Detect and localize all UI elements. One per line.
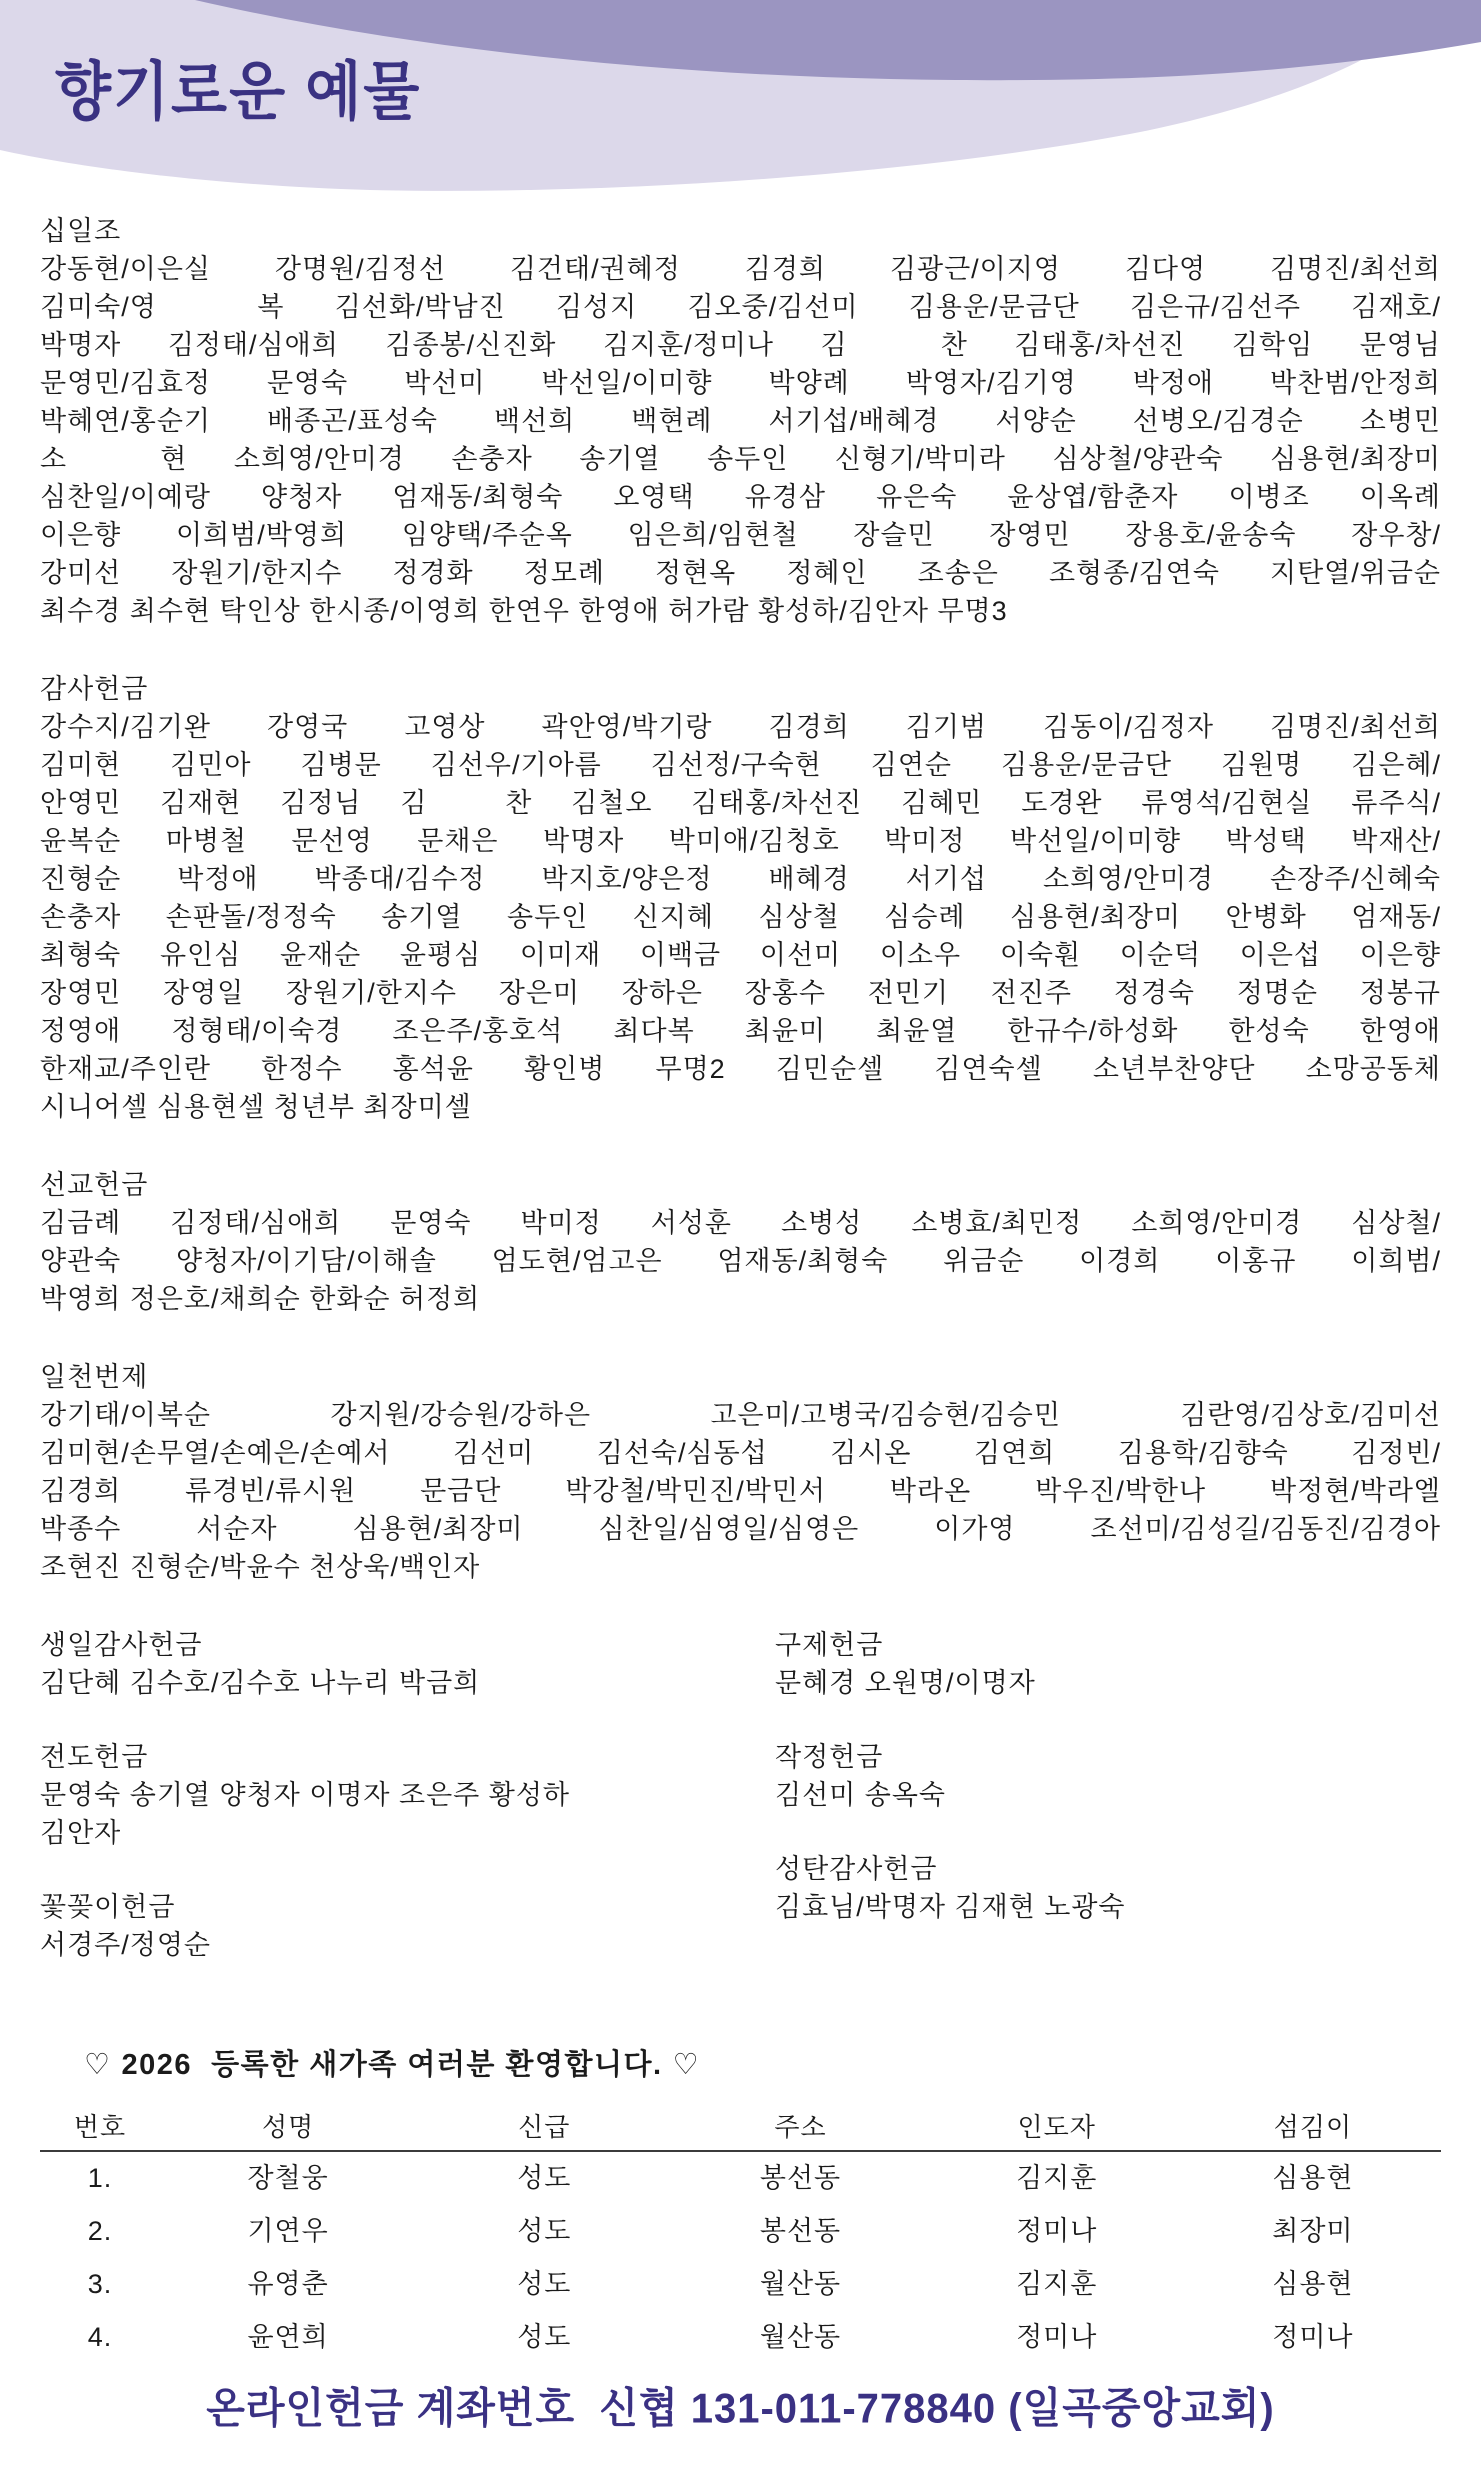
table-cell: 1.	[40, 2152, 160, 2205]
name-lines: 서경주/정영순	[40, 1926, 775, 1964]
name-line: 강동현/이은실 강명원/김정선 김건태/권혜정 김경희 김광근/이지영 김다영 …	[40, 250, 1441, 288]
name-line: 김금례 김정태/심애희 문영숙 박미정 서성훈 소병성 소병효/최민정 소희영/…	[40, 1204, 1441, 1242]
table-cell: 봉선동	[672, 2152, 928, 2205]
table-body: 1.장철웅성도봉선동김지훈심용현 2.기연우성도봉선동정미나최장미 3.유영춘성…	[40, 2152, 1441, 2364]
name-line: 안영민 김재현 김정님 김 찬 김철오 김태홍/차선진 김혜민 도경완 류영석/…	[40, 784, 1441, 822]
name-line: 한재교/주인란 한정수 홍석윤 황인병 무명2 김민순셀 김연숙셀 소년부찬양단…	[40, 1050, 1441, 1088]
name-line: 박명자 김정태/심애희 김종봉/신진화 김지훈/정미나 김 찬 김태홍/차선진 …	[40, 326, 1441, 364]
name-line: 박혜연/홍순기 배종곤/표성숙 백선희 백현례 서기섭/배혜경 서양순 선병오/…	[40, 402, 1441, 440]
section-title: 작정헌금	[775, 1738, 1441, 1776]
table-row: 4.윤연희성도월산동정미나정미나	[40, 2311, 1441, 2364]
name-line: 최수경 최수현 탁인상 한시종/이영희 한연우 한영애 허가람 황성하/김안자 …	[40, 592, 1441, 630]
offering-section: 감사헌금 강수지/김기완 강영국 고영상 곽안영/박기랑 김경희 김기범 김동이…	[40, 670, 1441, 1126]
name-line: 김경희 류경빈/류시원 문금단 박강철/박민진/박민서 박라온 박우진/박한나 …	[40, 1472, 1441, 1510]
two-column-offerings: 생일감사헌금 김단혜 김수호/김수호 나누리 박금희 전도헌금 문영숙 송기열 …	[40, 1626, 1441, 2000]
newcomers-table: 번호성명신급주소인도자섬김이 1.장철웅성도봉선동김지훈심용현 2.기연우성도봉…	[40, 2104, 1441, 2364]
section-title: 감사헌금	[40, 670, 1441, 708]
table-cell: 김지훈	[929, 2152, 1185, 2205]
name-line: 김미현 김민아 김병문 김선우/기아름 김선정/구숙현 김연순 김용운/문금단 …	[40, 746, 1441, 784]
offering-section: 십일조 강동현/이은실 강명원/김정선 김건태/권혜정 김경희 김광근/이지영 …	[40, 212, 1441, 630]
table-cell: 기연우	[160, 2205, 416, 2258]
name-lines: 강기태/이복순 강지원/강승원/강하은 고은미/고병국/김승현/김승민 김란영/…	[40, 1396, 1441, 1586]
section-title: 십일조	[40, 212, 1441, 250]
table-header-cell: 신급	[416, 2104, 672, 2152]
table-row: 2.기연우성도봉선동정미나최장미	[40, 2205, 1441, 2258]
offering-section: 일천번제 강기태/이복순 강지원/강승원/강하은 고은미/고병국/김승현/김승민…	[40, 1358, 1441, 1586]
name-line: 김선미 송옥숙	[775, 1776, 1441, 1814]
table-cell: 봉선동	[672, 2205, 928, 2258]
table-header-cell: 섬김이	[1185, 2104, 1441, 2152]
name-line: 손충자 손판돌/정정숙 송기열 송두인 신지혜 심상철 심승례 심용현/최장미 …	[40, 898, 1441, 936]
table-header-cell: 인도자	[929, 2104, 1185, 2152]
name-line: 윤복순 마병철 문선영 문채은 박명자 박미애/김청호 박미정 박선일/이미향 …	[40, 822, 1441, 860]
section-title: 꽃꽂이헌금	[40, 1888, 775, 1926]
name-line: 시니어셀 심용현셀 청년부 최장미셀	[40, 1088, 1441, 1126]
name-line: 소 현 소희영/안미경 손충자 송기열 송두인 신형기/박미라 심상철/양관숙 …	[40, 440, 1441, 478]
newcomers-section: ♡2026 등록한 새가족 여러분 환영합니다.♡ 번호성명신급주소인도자섬김이…	[40, 2046, 1441, 2364]
section-title: 선교헌금	[40, 1166, 1441, 1204]
table-cell: 성도	[416, 2152, 672, 2205]
name-line: 문영숙 송기열 양청자 이명자 조은주 황성하	[40, 1776, 775, 1814]
header-banner: 향기로운 예물	[0, 0, 1481, 212]
offering-section: 구제헌금 문혜경 오원명/이명자	[775, 1626, 1441, 1702]
section-title: 전도헌금	[40, 1738, 775, 1776]
name-line: 이은향 이희범/박영희 임양택/주순옥 임은희/임현철 장슬민 장영민 장용호/…	[40, 516, 1441, 554]
bulletin-content: 십일조 강동현/이은실 강명원/김정선 김건태/권혜정 김경희 김광근/이지영 …	[0, 212, 1481, 2428]
table-cell: 2.	[40, 2205, 160, 2258]
table-cell: 김지훈	[929, 2258, 1185, 2311]
table-cell: 성도	[416, 2205, 672, 2258]
offering-section: 작정헌금 김선미 송옥숙	[775, 1738, 1441, 1814]
table-cell: 월산동	[672, 2258, 928, 2311]
offering-section: 전도헌금 문영숙 송기열 양청자 이명자 조은주 황성하김안자	[40, 1738, 775, 1852]
heart-icon: ♡	[74, 2049, 122, 2081]
table-header-row: 번호성명신급주소인도자섬김이	[40, 2104, 1441, 2152]
name-line: 양관숙 양청자/이기담/이해솔 엄도현/엄고은 엄재동/최형숙 위금순 이경희 …	[40, 1242, 1441, 1280]
section-title: 구제헌금	[775, 1626, 1441, 1664]
offering-section: 선교헌금 김금례 김정태/심애희 문영숙 박미정 서성훈 소병성 소병효/최민정…	[40, 1166, 1441, 1318]
name-lines: 문혜경 오원명/이명자	[775, 1664, 1441, 1702]
table-header-cell: 성명	[160, 2104, 416, 2152]
offerings-right-column: 구제헌금 문혜경 오원명/이명자 작정헌금 김선미 송옥숙 성탄감사헌금 김효님…	[775, 1626, 1441, 2000]
newcomers-heading-text: 2026 등록한 새가족 여러분 환영합니다.	[122, 2049, 663, 2081]
table-cell: 4.	[40, 2311, 160, 2364]
name-line: 김미숙/영 복 김선화/박남진 김성지 김오중/김선미 김용운/문금단 김은규/…	[40, 288, 1441, 326]
name-line: 서경주/정영순	[40, 1926, 775, 1964]
name-line: 진형순 박정애 박종대/김수정 박지호/양은정 배혜경 서기섭 소희영/안미경 …	[40, 860, 1441, 898]
name-lines: 강수지/김기완 강영국 고영상 곽안영/박기랑 김경희 김기범 김동이/김정자 …	[40, 708, 1441, 1126]
name-line: 강미선 장원기/한지수 정경화 정모례 정현옥 정혜인 조송은 조형종/김연숙 …	[40, 554, 1441, 592]
name-line: 강기태/이복순 강지원/강승원/강하은 고은미/고병국/김승현/김승민 김란영/…	[40, 1396, 1441, 1434]
heart-icon: ♡	[663, 2049, 711, 2081]
section-title: 일천번제	[40, 1358, 1441, 1396]
section-title: 생일감사헌금	[40, 1626, 775, 1664]
table-cell: 정미나	[929, 2205, 1185, 2258]
table-cell: 3.	[40, 2258, 160, 2311]
table-cell: 월산동	[672, 2311, 928, 2364]
name-line: 김미현/손무열/손예은/손예서 김선미 김선숙/심동섭 김시온 김연희 김용학/…	[40, 1434, 1441, 1472]
table-cell: 장철웅	[160, 2152, 416, 2205]
name-lines: 김효님/박명자 김재현 노광숙	[775, 1888, 1441, 1926]
table-cell: 성도	[416, 2311, 672, 2364]
name-line: 문영민/김효정 문영숙 박선미 박선일/이미향 박양례 박영자/김기영 박정애 …	[40, 364, 1441, 402]
table-cell: 심용현	[1185, 2152, 1441, 2205]
offering-section: 성탄감사헌금 김효님/박명자 김재현 노광숙	[775, 1850, 1441, 1926]
table-cell: 정미나	[929, 2311, 1185, 2364]
name-line: 강수지/김기완 강영국 고영상 곽안영/박기랑 김경희 김기범 김동이/김정자 …	[40, 708, 1441, 746]
name-line: 장영민 장영일 장원기/한지수 장은미 장하은 장홍수 전민기 전진주 정경숙 …	[40, 974, 1441, 1012]
table-row: 1.장철웅성도봉선동김지훈심용현	[40, 2152, 1441, 2205]
online-offering-account: 온라인헌금 계좌번호 신협 131-011-778840 (일곡중앙교회)	[40, 2389, 1441, 2429]
table-header-cell: 번호	[40, 2104, 160, 2152]
offering-section: 생일감사헌금 김단혜 김수호/김수호 나누리 박금희	[40, 1626, 775, 1702]
name-line: 김단혜 김수호/김수호 나누리 박금희	[40, 1664, 775, 1702]
name-lines: 강동현/이은실 강명원/김정선 김건태/권혜정 김경희 김광근/이지영 김다영 …	[40, 250, 1441, 630]
table-cell: 정미나	[1185, 2311, 1441, 2364]
name-lines: 김단혜 김수호/김수호 나누리 박금희	[40, 1664, 775, 1702]
table-cell: 성도	[416, 2258, 672, 2311]
name-line: 정영애 정형태/이숙경 조은주/홍호석 최다복 최윤미 최윤열 한규수/하성화 …	[40, 1012, 1441, 1050]
name-lines: 김선미 송옥숙	[775, 1776, 1441, 1814]
name-line: 조현진 진형순/박윤수 천상욱/백인자	[40, 1548, 1441, 1586]
table-cell: 최장미	[1185, 2205, 1441, 2258]
table-cell: 유영춘	[160, 2258, 416, 2311]
name-line: 김안자	[40, 1814, 775, 1852]
section-title: 성탄감사헌금	[775, 1850, 1441, 1888]
name-line: 최형숙 유인심 윤재순 윤평심 이미재 이백금 이선미 이소우 이숙훤 이순덕 …	[40, 936, 1441, 974]
page-title: 향기로운 예물	[55, 40, 421, 132]
name-line: 박종수 서순자 심용현/최장미 심찬일/심영일/심영은 이가영 조선미/김성길/…	[40, 1510, 1441, 1548]
name-lines: 김금례 김정태/심애희 문영숙 박미정 서성훈 소병성 소병효/최민정 소희영/…	[40, 1204, 1441, 1318]
offerings-left-column: 생일감사헌금 김단혜 김수호/김수호 나누리 박금희 전도헌금 문영숙 송기열 …	[40, 1626, 775, 2000]
name-line: 박영희 정은호/채희순 한화순 허정희	[40, 1280, 1441, 1318]
name-lines: 문영숙 송기열 양청자 이명자 조은주 황성하김안자	[40, 1776, 775, 1852]
offering-sections: 십일조 강동현/이은실 강명원/김정선 김건태/권혜정 김경희 김광근/이지영 …	[40, 212, 1441, 1586]
name-line: 심찬일/이예랑 양청자 엄재동/최형숙 오영택 유경삼 유은숙 윤상엽/함춘자 …	[40, 478, 1441, 516]
table-cell: 심용현	[1185, 2258, 1441, 2311]
name-line: 문혜경 오원명/이명자	[775, 1664, 1441, 1702]
name-line: 김효님/박명자 김재현 노광숙	[775, 1888, 1441, 1926]
table-row: 3.유영춘성도월산동김지훈심용현	[40, 2258, 1441, 2311]
table-cell: 윤연희	[160, 2311, 416, 2364]
newcomers-heading: ♡2026 등록한 새가족 여러분 환영합니다.♡	[40, 2046, 1441, 2084]
table-header-cell: 주소	[672, 2104, 928, 2152]
offering-section: 꽃꽂이헌금 서경주/정영순	[40, 1888, 775, 1964]
